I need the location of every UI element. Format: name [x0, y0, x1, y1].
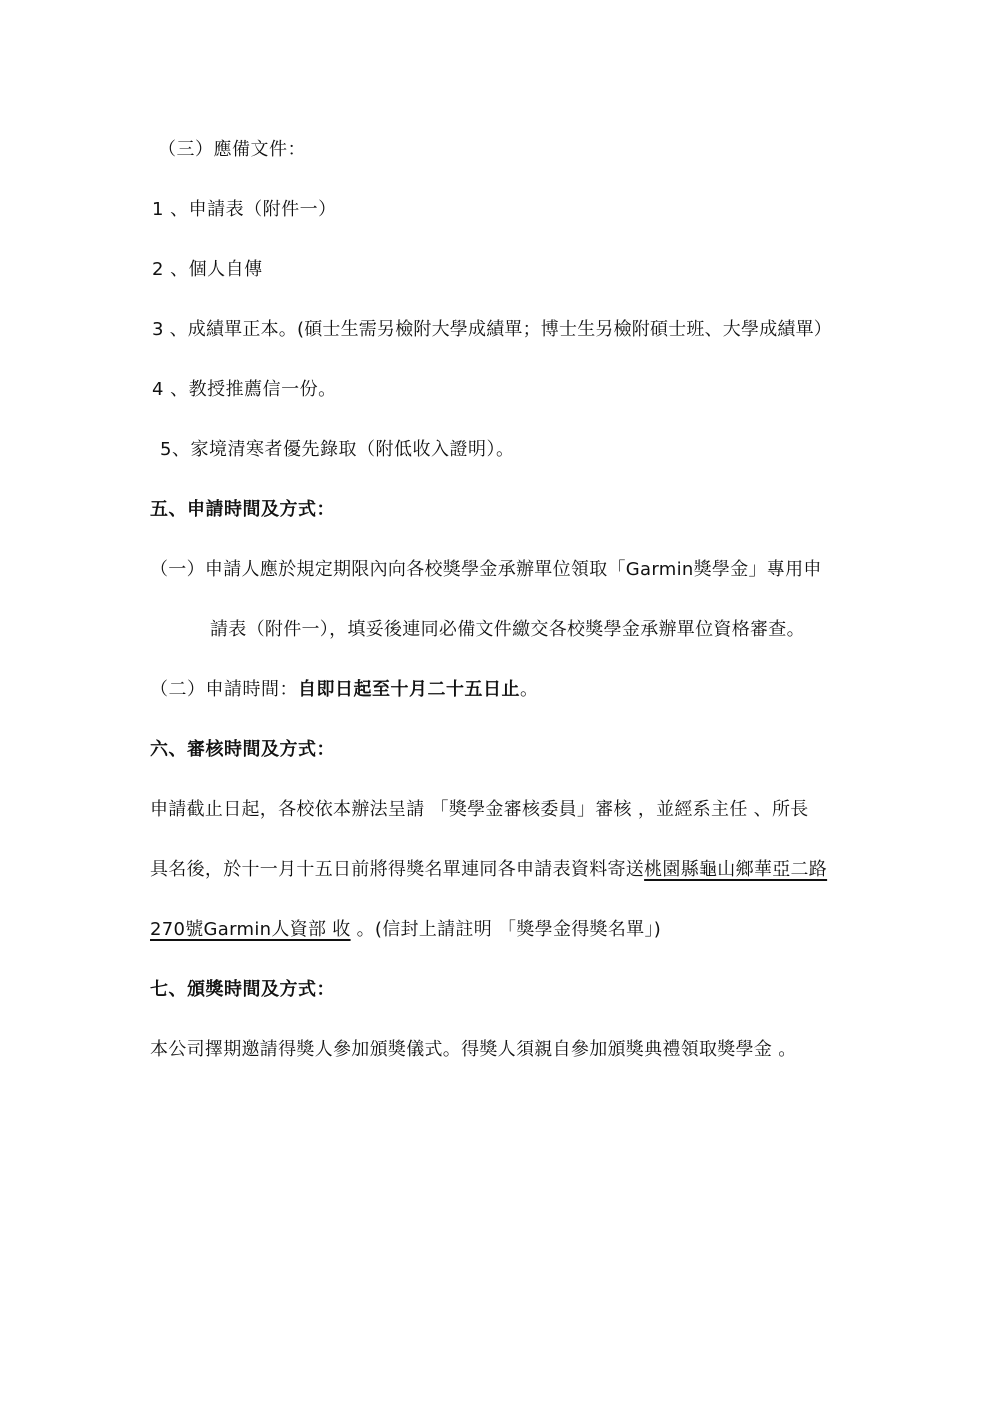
section-6-line-2-text: 具名後，於十一月十五日前將得獎名單連同各申請表資料寄送 — [150, 859, 644, 880]
application-period-value: 自即日起至十月二十五日止 — [298, 679, 520, 700]
required-document-item: 1 、申請表（附件一） — [152, 198, 337, 222]
section-6-line-1: 申請截止日起，各校依本辦法呈請 「獎學金審核委員」審核 ，並經系主任 、所長 — [150, 798, 809, 822]
section-5-heading: 五、申請時間及方式： — [150, 498, 335, 522]
application-period-label: （二）申請時間： — [150, 679, 298, 700]
envelope-note: 。(信封上請註明 「獎學金得獎名單」) — [351, 919, 662, 940]
mailing-address-part-1: 桃園縣龜山鄉華亞二路 — [644, 859, 827, 880]
section-6-line-3: 270號Garmin人資部 收 。(信封上請註明 「獎學金得獎名單」) — [150, 918, 661, 942]
required-document-item: 5、家境清寒者優先錄取（附低收入證明）。 — [160, 438, 514, 462]
mailing-address-part-2: 270號Garmin人資部 收 — [150, 919, 351, 940]
application-period-suffix: 。 — [520, 679, 539, 700]
required-document-item: 3 、成績單正本。(碩士生需另檢附大學成績單；博士生另檢附碩士班、大學成績單） — [152, 318, 832, 342]
section-7-line-1: 本公司擇期邀請得獎人參加頒獎儀式。得獎人須親自參加頒獎典禮領取獎學金 。 — [150, 1038, 797, 1062]
required-document-item: 4 、教授推薦信一份。 — [152, 378, 337, 402]
section-6-line-2: 具名後，於十一月十五日前將得獎名單連同各申請表資料寄送桃園縣龜山鄉華亞二路 — [150, 858, 827, 882]
section-5-item-1-line-1: （一）申請人應於規定期限內向各校獎學金承辦單位領取「Garmin獎學金」專用申 — [150, 558, 822, 582]
section-6-heading: 六、審核時間及方式： — [150, 738, 335, 762]
required-documents-heading: （三）應備文件： — [158, 138, 306, 162]
section-5-item-1-line-2: 請表（附件一），填妥後連同必備文件繳交各校獎學金承辦單位資格審查。 — [210, 618, 805, 642]
required-document-item: 2 、個人自傳 — [152, 258, 263, 282]
section-7-heading: 七、頒獎時間及方式： — [150, 978, 335, 1002]
section-5-item-2: （二）申請時間：自即日起至十月二十五日止。 — [150, 678, 539, 702]
